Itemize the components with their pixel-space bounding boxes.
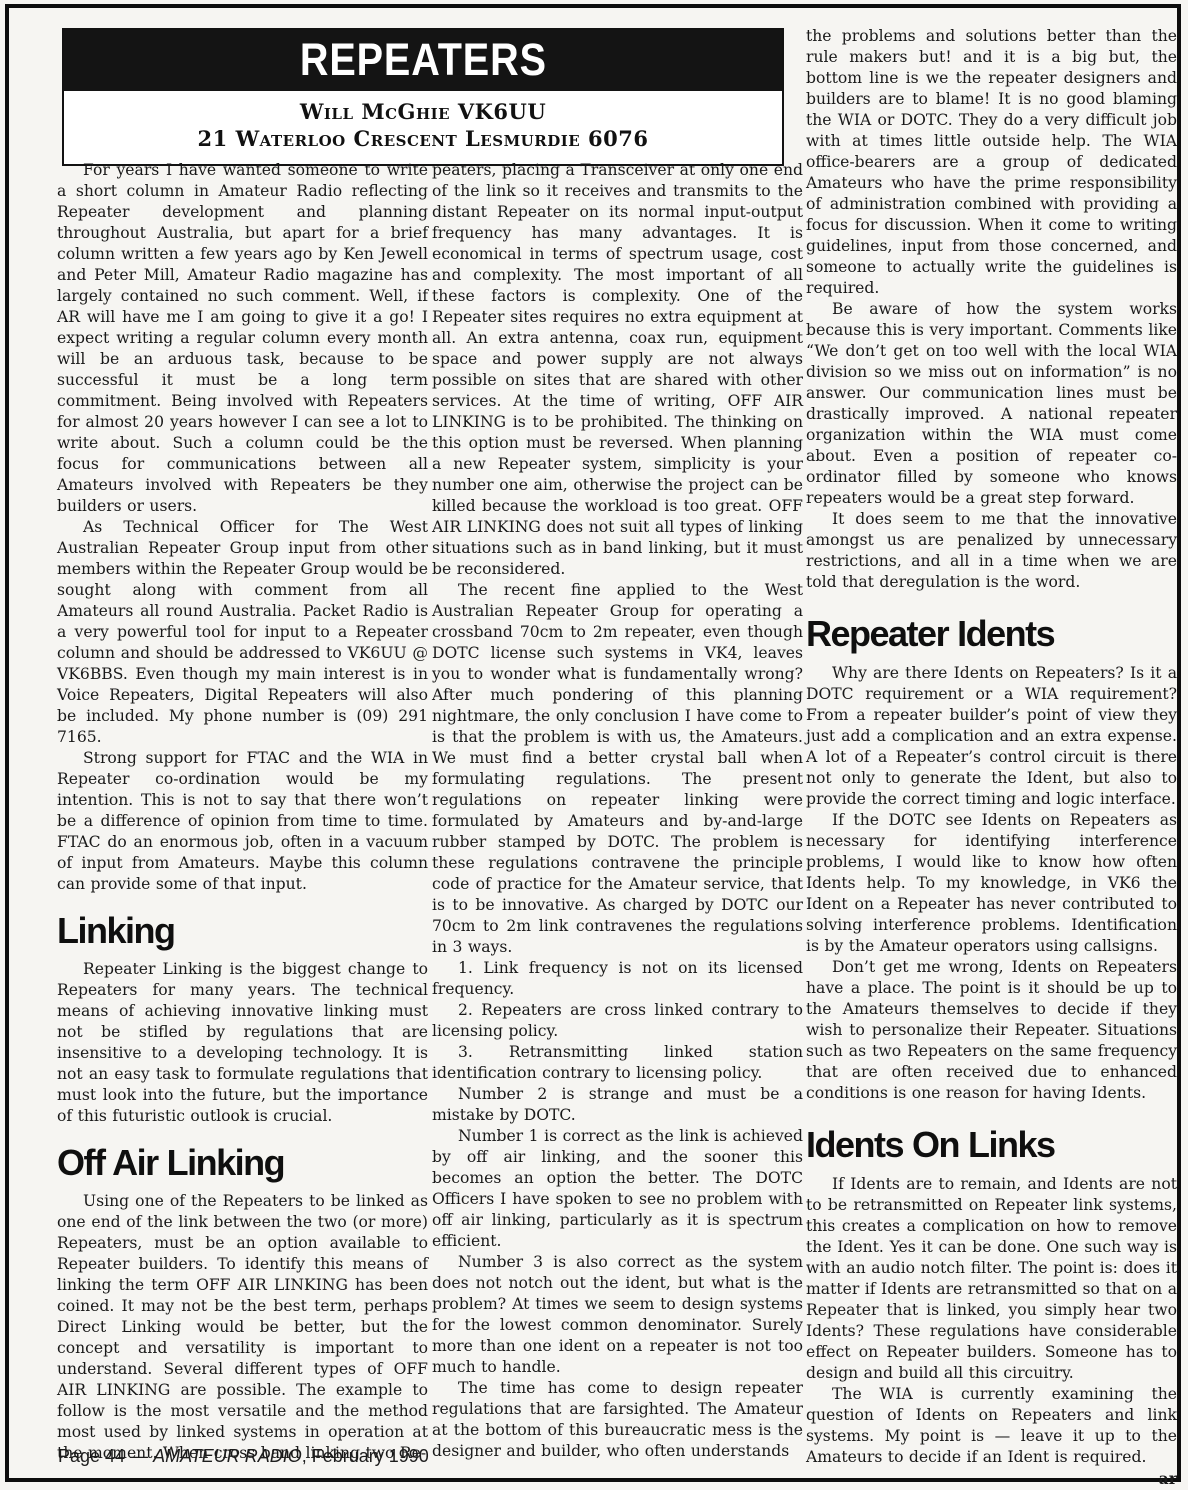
end-of-article-mark: ar — [1133, 1468, 1177, 1489]
section-heading: Repeater Idents — [806, 615, 1177, 653]
paragraph: For years I have wanted someone to write… — [57, 160, 428, 517]
paragraph: the problems and solutions better than t… — [806, 26, 1177, 299]
footer-date: , February 1990 — [302, 1446, 429, 1466]
paragraph: Number 2 is strange and must be a mistak… — [432, 1084, 803, 1126]
paragraph-text: The WIA is currently examining the quest… — [806, 1385, 1177, 1466]
column-1: For years I have wanted someone to write… — [57, 160, 428, 1440]
paragraph: It does seem to me that the innovative a… — [806, 509, 1177, 593]
paragraph: Number 1 is correct as the link is achie… — [432, 1126, 803, 1252]
paragraph: Repeater Linking is the biggest change t… — [57, 959, 428, 1127]
byline: Will McGhie VK6UU 21 Waterloo Crescent L… — [64, 91, 782, 164]
paragraph: Strong support for FTAC and the WIA in R… — [57, 748, 428, 895]
column-3: the problems and solutions better than t… — [806, 26, 1177, 1440]
paragraph: As Technical Officer for The West Austra… — [57, 517, 428, 748]
paragraph: 2. Repeaters are cross linked contrary t… — [432, 1000, 803, 1042]
paragraph: Be aware of how the system works because… — [806, 299, 1177, 509]
title-banner: REPEATERS — [64, 30, 782, 91]
paragraph: 1. Link frequency is not on its licensed… — [432, 958, 803, 1000]
byline-address: 21 Waterloo Crescent Lesmurdie 6076 — [70, 125, 776, 152]
section-heading: Linking — [57, 912, 428, 950]
byline-author: Will McGhie VK6UU — [70, 99, 776, 125]
paragraph: If Idents are to remain, and Idents are … — [806, 1174, 1177, 1384]
section-heading: Off Air Linking — [57, 1144, 428, 1182]
footer-magazine-name: AMATEUR RADIO — [153, 1446, 302, 1466]
paragraph: The recent fine applied to the West Aust… — [432, 580, 803, 958]
article-title: REPEATERS — [299, 37, 546, 82]
paragraph: The time has come to design repeater reg… — [432, 1378, 803, 1462]
footer-page-number: Page 44 — — [58, 1446, 153, 1466]
page-footer: Page 44 — AMATEUR RADIO, February 1990 — [58, 1446, 429, 1467]
paragraph: Using one of the Repeaters to be linked … — [57, 1191, 428, 1464]
paragraph: peaters, placing a Transceiver at only o… — [432, 160, 803, 580]
article-header: REPEATERS Will McGhie VK6UU 21 Waterloo … — [62, 28, 784, 166]
section-heading: Idents On Links — [806, 1126, 1177, 1164]
paragraph: 3. Retransmitting linked station identif… — [432, 1042, 803, 1084]
paragraph: Number 3 is also correct as the system d… — [432, 1252, 803, 1378]
paragraph: Don’t get me wrong, Idents on Repeaters … — [806, 957, 1177, 1104]
paragraph: The WIA is currently examining the quest… — [806, 1384, 1177, 1468]
column-2: peaters, placing a Transceiver at only o… — [432, 160, 803, 1440]
paragraph: If the DOTC see Idents on Repeaters as n… — [806, 810, 1177, 957]
paragraph: Why are there Idents on Repeaters? Is it… — [806, 663, 1177, 810]
